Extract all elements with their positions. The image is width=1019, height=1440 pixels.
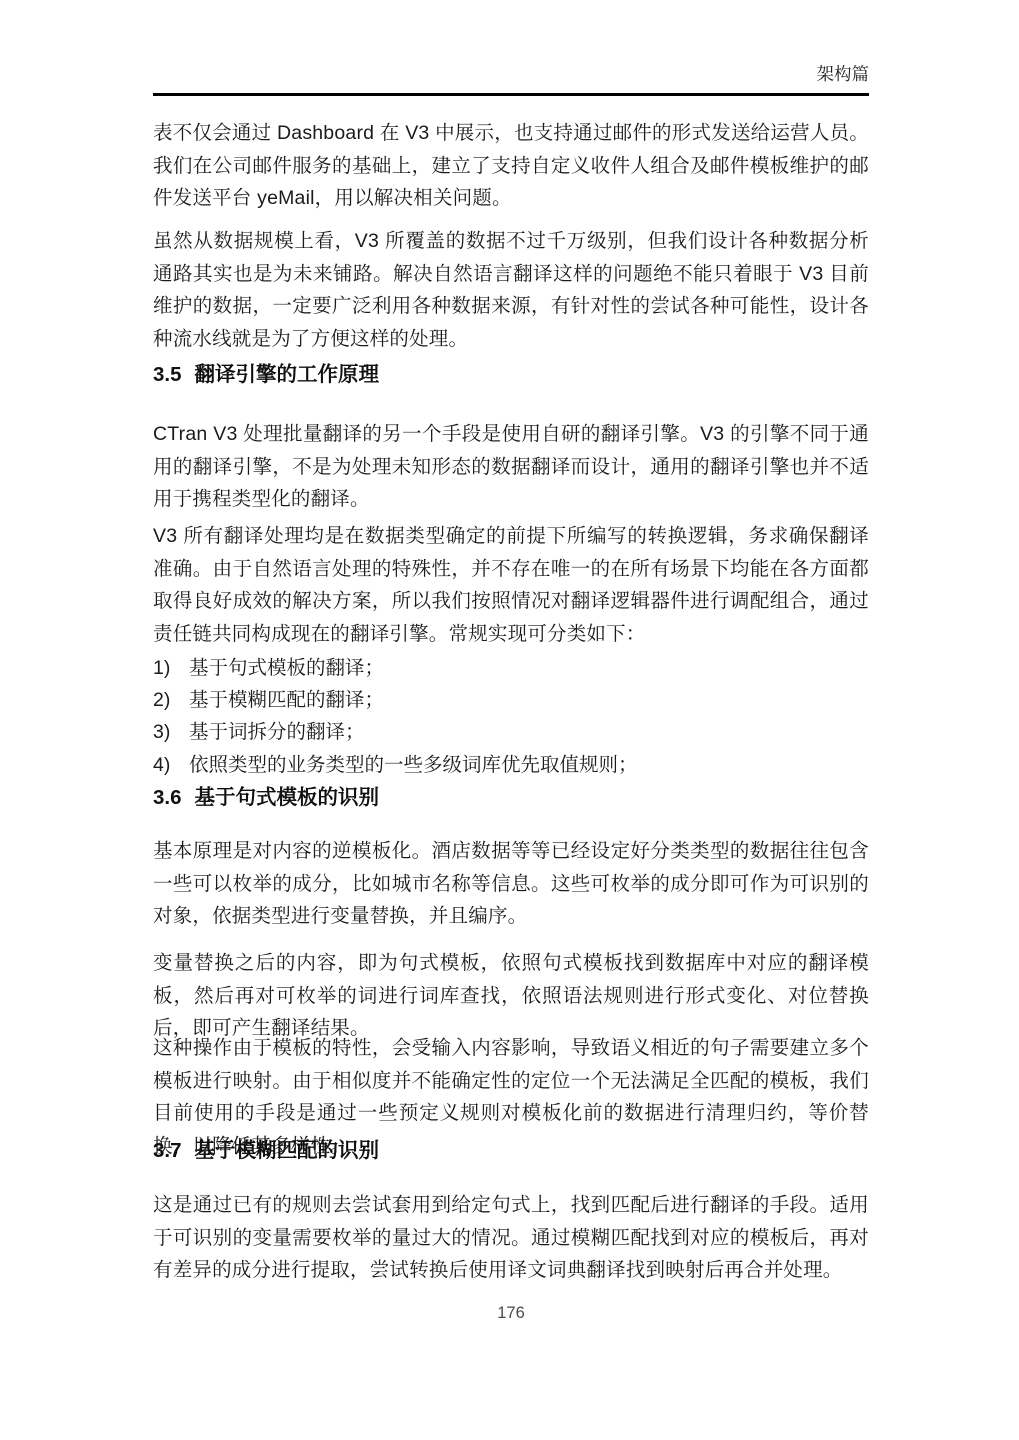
numbered-list: 1) 基于句式模板的翻译； 2) 基于模糊匹配的翻译； 3) 基于词拆分的翻译；… [153,652,869,781]
list-item: 4) 依照类型的业务类型的一些多级词库优先取值规则； [153,749,869,781]
paragraph-dashboard-email: 表不仅会通过 Dashboard 在 V3 中展示，也支持通过邮件的形式发送给运… [153,117,869,215]
section-heading-3-7: 3.7基于模糊匹配的识别 [153,1137,869,1165]
paragraph-data-scale: 虽然从数据规模上看，V3 所覆盖的数据不过千万级别，但我们设计各种数据分析通路其… [153,225,869,355]
paragraph-fuzzy-matching: 这是通过已有的规则去尝试套用到给定句式上，找到匹配后进行翻译的手段。适用于可识别… [153,1189,869,1287]
list-marker: 1) [153,652,189,684]
section-number: 3.6 [153,786,182,809]
page-number: 176 [497,1304,525,1322]
section-title: 翻译引擎的工作原理 [195,363,380,386]
paragraph-translation-logic: V3 所有翻译处理均是在数据类型确定的前提下所编写的转换逻辑，务求确保翻译准确。… [153,520,869,650]
list-marker: 2) [153,684,189,716]
list-item-text: 基于词拆分的翻译； [189,716,869,748]
document-page: 架构篇 表不仅会通过 Dashboard 在 V3 中展示，也支持通过邮件的形式… [0,0,1019,1440]
page-header: 架构篇 [153,62,869,96]
list-item: 1) 基于句式模板的翻译； [153,652,869,684]
section-heading-3-6: 3.6基于句式模板的识别 [153,784,869,812]
page-footer: 176 [153,1304,869,1323]
paragraph-reverse-templating: 基本原理是对内容的逆模板化。酒店数据等等已经设定好分类类型的数据往往包含一些可以… [153,835,869,933]
section-title: 基于模糊匹配的识别 [195,1139,380,1162]
list-marker: 4) [153,749,189,781]
running-header-label: 架构篇 [817,64,870,84]
section-number: 3.7 [153,1139,182,1162]
list-marker: 3) [153,716,189,748]
list-item: 3) 基于词拆分的翻译； [153,716,869,748]
list-item-text: 基于句式模板的翻译； [189,652,869,684]
section-number: 3.5 [153,363,182,386]
list-item-text: 基于模糊匹配的翻译； [189,684,869,716]
list-item-text: 依照类型的业务类型的一些多级词库优先取值规则； [189,749,869,781]
section-heading-3-5: 3.5翻译引擎的工作原理 [153,361,869,389]
paragraph-ctran-engine: CTran V3 处理批量翻译的另一个手段是使用自研的翻译引擎。V3 的引擎不同… [153,418,869,516]
list-item: 2) 基于模糊匹配的翻译； [153,684,869,716]
paragraph-variable-substitution: 变量替换之后的内容，即为句式模板，依照句式模板找到数据库中对应的翻译模板，然后再… [153,947,869,1045]
section-title: 基于句式模板的识别 [195,786,380,809]
